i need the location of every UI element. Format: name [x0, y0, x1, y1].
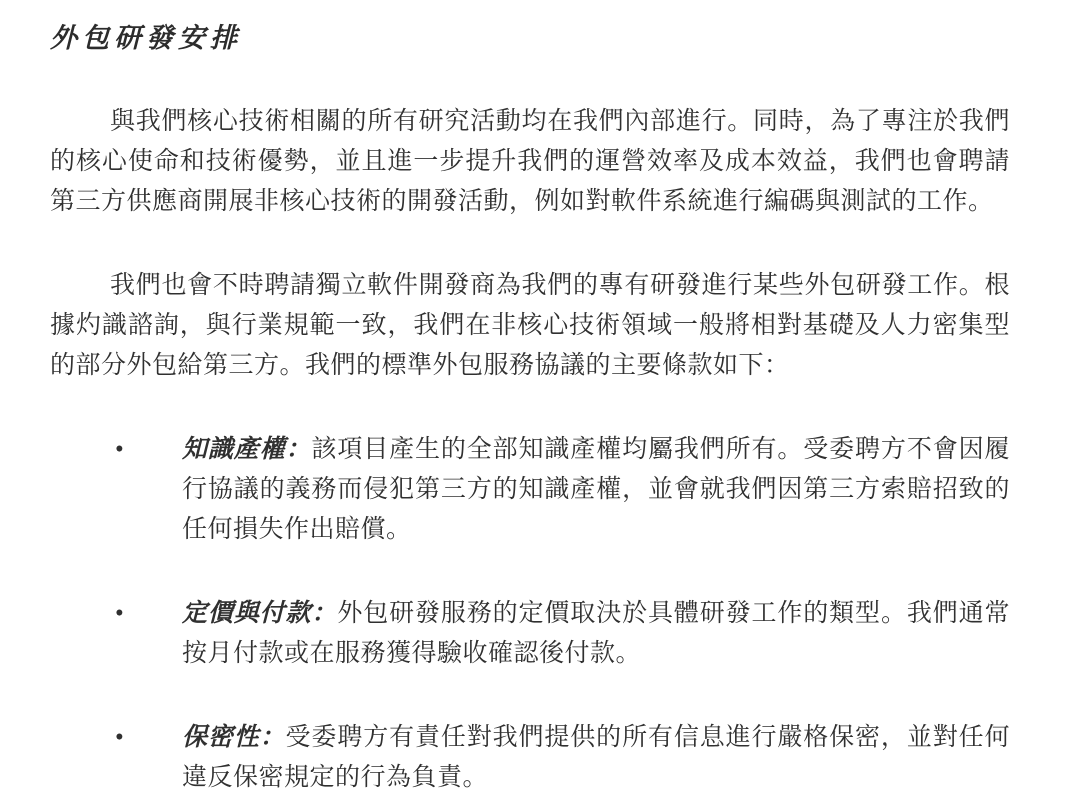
- term-label-confidentiality: 保密性：: [182, 724, 286, 751]
- section-title: 外包研發安排: [50, 18, 1010, 58]
- list-item-ip-rights: • 知識產權：該項目產生的全部知識產權均屬我們所有。受委聘方不會因履行協議的義務…: [50, 430, 1010, 550]
- paragraph-outsourced-rd: 我們也會不時聘請獨立軟件開發商為我們的專有研發進行某些外包研發工作。根據灼識諮詢…: [50, 266, 1010, 386]
- document-page: 外包研發安排 與我們核心技術相關的所有研究活動均在我們內部進行。同時，為了專注於…: [0, 0, 1065, 808]
- bullet-icon: •: [115, 718, 124, 758]
- list-item-pricing-payment: • 定價與付款：外包研發服務的定價取決於具體研發工作的類型。我們通常按月付款或在…: [50, 594, 1010, 674]
- term-label-pricing-payment: 定價與付款：: [182, 600, 337, 627]
- list-item-confidentiality: • 保密性：受委聘方有責任對我們提供的所有信息進行嚴格保密，並對任何違反保密規定…: [50, 718, 1010, 798]
- term-label-ip-rights: 知識產權：: [182, 436, 311, 463]
- bullet-icon: •: [115, 430, 124, 470]
- term-text-confidentiality: 受委聘方有責任對我們提供的所有信息進行嚴格保密，並對任何違反保密規定的行為負責。: [182, 724, 1010, 791]
- terms-list: • 知識產權：該項目產生的全部知識產權均屬我們所有。受委聘方不會因履行協議的義務…: [50, 430, 1010, 798]
- bullet-icon: •: [115, 594, 124, 634]
- paragraph-internal-research: 與我們核心技術相關的所有研究活動均在我們內部進行。同時，為了專注於我們的核心使命…: [50, 102, 1010, 222]
